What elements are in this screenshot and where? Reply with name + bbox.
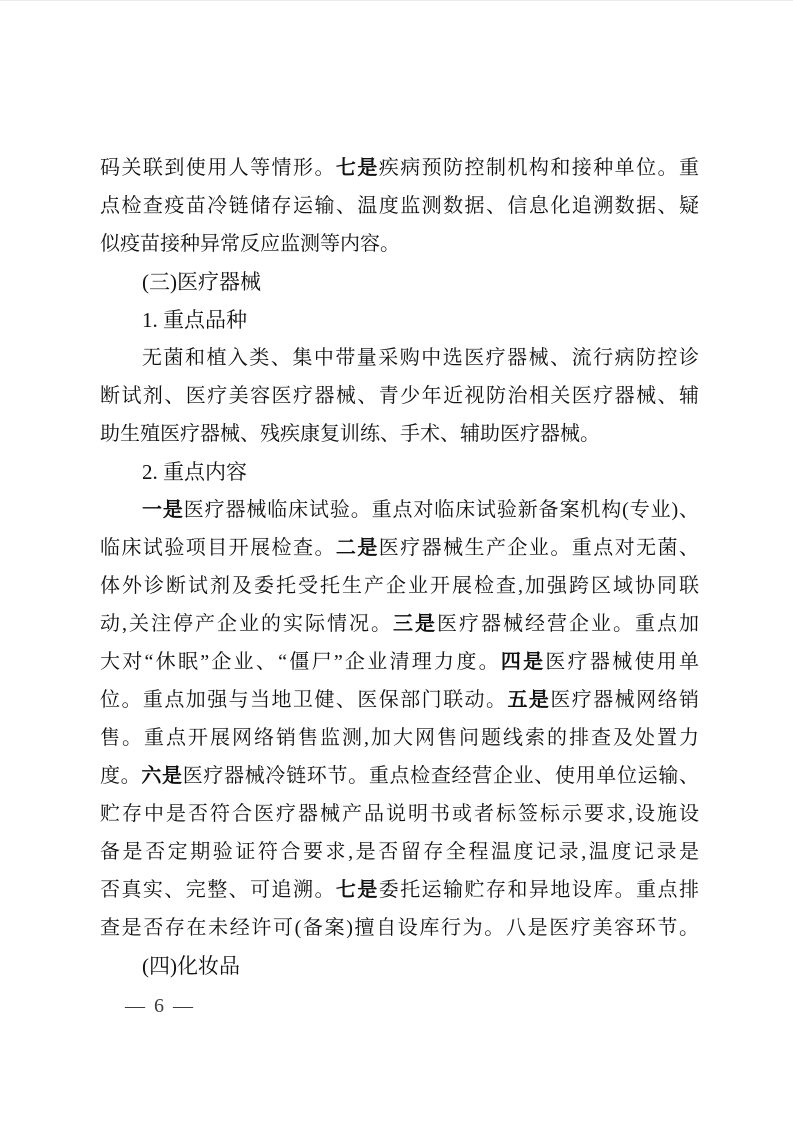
text-line: 体外诊断试剂及委托受托生产企业开展检查,加强跨区域协同联 — [100, 567, 699, 605]
body-text: (四)化妆品 — [142, 954, 240, 978]
body-text: 医疗器械经营企业。重点加 — [437, 613, 699, 635]
body-text: 备是否定期验证符合要求,是否留存全程温度记录,温度记录是 — [100, 841, 699, 863]
emphasis-text: 二是 — [336, 537, 379, 559]
emphasis-text: 五是 — [507, 689, 550, 711]
body-text: 医疗器械生产企业。重点对无菌、 — [379, 537, 699, 559]
text-line: 贮存中是否符合医疗器械产品说明书或者标签标示要求,设施设 — [100, 795, 699, 833]
body-text: 医疗器械临床试验。重点对临床试验新备案机构(专业)、 — [184, 499, 699, 521]
body-text: 医疗器械网络销 — [550, 689, 699, 711]
body-text: 否真实、完整、可追溯。 — [100, 879, 336, 901]
body-text: 售。重点开展网络销售监测,加大网售问题线索的排查及处置力 — [100, 727, 699, 749]
body-text: 助生殖医疗器械、残疾康复训练、手术、辅助医疗器械。 — [100, 423, 600, 445]
body-text: 疾病预防控制机构和接种单位。重 — [379, 157, 699, 179]
text-line: 码关联到使用人等情形。七是疾病预防控制机构和接种单位。重 — [100, 149, 699, 187]
body-text: 贮存中是否符合医疗器械产品说明书或者标签标示要求,设施设 — [100, 803, 699, 825]
text-line: 位。重点加强与当地卫健、医保部门联动。五是医疗器械网络销 — [100, 681, 699, 719]
body-text: 似疫苗接种异常反应监测等内容。 — [100, 233, 400, 255]
body-text: 码关联到使用人等情形。 — [100, 157, 336, 179]
body-text: 临床试验项目开展检查。 — [100, 537, 336, 559]
body-text: (三)医疗器械 — [142, 270, 261, 294]
body-text: 大对“休眠”企业、“僵尸”企业清理力度。 — [100, 651, 501, 673]
body-text: 医疗器械冷链环节。重点检查经营企业、使用单位运输、 — [183, 765, 699, 787]
text-line: 大对“休眠”企业、“僵尸”企业清理力度。四是医疗器械使用单 — [100, 643, 699, 681]
text-line: 一是医疗器械临床试验。重点对临床试验新备案机构(专业)、 — [100, 491, 699, 529]
emphasis-text: 七是 — [336, 879, 379, 901]
body-text: 委托运输贮存和异地设库。重点排 — [379, 879, 699, 901]
text-line: 无菌和植入类、集中带量采购中选医疗器械、流行病防控诊 — [100, 339, 699, 377]
body-text: 2. 重点内容 — [142, 460, 247, 484]
text-line: 似疫苗接种异常反应监测等内容。 — [100, 225, 699, 263]
body-text: 位。重点加强与当地卫健、医保部门联动。 — [100, 689, 507, 711]
text-line: 售。重点开展网络销售监测,加大网售问题线索的排查及处置力 — [100, 719, 699, 757]
document-page: 码关联到使用人等情形。七是疾病预防控制机构和接种单位。重点检查疫苗冷链储存运输、… — [0, 0, 793, 1122]
text-line: 否真实、完整、可追溯。七是委托运输贮存和异地设库。重点排 — [100, 871, 699, 909]
text-line: 临床试验项目开展检查。二是医疗器械生产企业。重点对无菌、 — [100, 529, 699, 567]
emphasis-text: 三是 — [393, 613, 437, 635]
body-text: 断试剂、医疗美容医疗器械、青少年近视防治相关医疗器械、辅 — [100, 385, 699, 407]
heading-line: 1. 重点品种 — [100, 301, 699, 339]
text-line: 查是否存在未经许可(备案)擅自设库行为。八是医疗美容环节。 — [100, 909, 699, 947]
emphasis-text: 四是 — [501, 651, 546, 673]
emphasis-text: 七是 — [336, 157, 379, 179]
text-line: 助生殖医疗器械、残疾康复训练、手术、辅助医疗器械。 — [100, 415, 699, 453]
document-body: 码关联到使用人等情形。七是疾病预防控制机构和接种单位。重点检查疫苗冷链储存运输、… — [100, 149, 699, 985]
page-number: — 6 — — [125, 994, 195, 1018]
body-text: 查是否存在未经许可(备案)擅自设库行为。八是医疗美容环节。 — [100, 917, 699, 939]
text-line: 断试剂、医疗美容医疗器械、青少年近视防治相关医疗器械、辅 — [100, 377, 699, 415]
body-text: 动,关注停产企业的实际情况。 — [100, 613, 393, 635]
body-text: 体外诊断试剂及委托受托生产企业开展检查,加强跨区域协同联 — [100, 575, 699, 597]
text-line: 度。六是医疗器械冷链环节。重点检查经营企业、使用单位运输、 — [100, 757, 699, 795]
text-line: 点检查疫苗冷链储存运输、温度监测数据、信息化追溯数据、疑 — [100, 187, 699, 225]
body-text: 无菌和植入类、集中带量采购中选医疗器械、流行病防控诊 — [142, 347, 699, 369]
heading-line: (三)医疗器械 — [100, 263, 699, 301]
emphasis-text: 六是 — [141, 765, 182, 787]
body-text: 度。 — [100, 765, 141, 787]
body-text: 点检查疫苗冷链储存运输、温度监测数据、信息化追溯数据、疑 — [100, 195, 699, 217]
body-text: 医疗器械使用单 — [545, 651, 699, 673]
heading-line: (四)化妆品 — [100, 947, 699, 985]
emphasis-text: 一是 — [142, 499, 184, 521]
heading-line: 2. 重点内容 — [100, 453, 699, 491]
text-line: 备是否定期验证符合要求,是否留存全程温度记录,温度记录是 — [100, 833, 699, 871]
body-text: 1. 重点品种 — [142, 308, 247, 332]
text-line: 动,关注停产企业的实际情况。三是医疗器械经营企业。重点加 — [100, 605, 699, 643]
